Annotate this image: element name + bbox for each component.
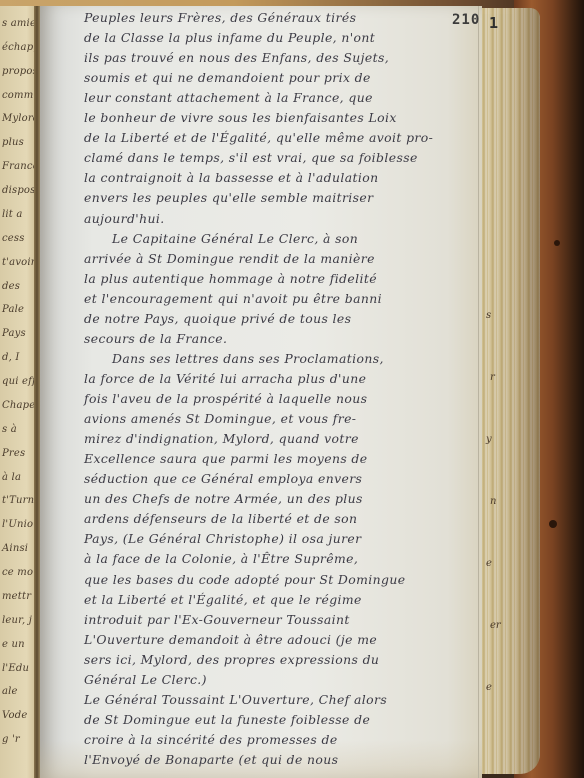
manuscript-line: croire à la sincérité des promesses de	[84, 732, 338, 747]
manuscript-line: introduit par l'Ex-Gouverneur Toussaint	[84, 612, 350, 627]
manuscript-line: à la face de la Colonie, à l'Être Suprêm…	[84, 551, 358, 566]
binding-wear-spot	[554, 240, 560, 246]
manuscript-line: et la Liberté et l'Égalité, et que le ré…	[84, 592, 362, 607]
manuscript-line: aujourd'hui.	[84, 211, 165, 226]
left-facing-page: s amieéchappproposcommMylord,plusFranced…	[0, 6, 38, 778]
manuscript-line: leur constant attachement à la France, q…	[84, 90, 373, 105]
manuscript-line: envers les peuples qu'elle semble maitri…	[84, 190, 373, 205]
manuscript-line: la contraignoit à la bassesse et à l'adu…	[84, 170, 379, 185]
manuscript-line: ardens défenseurs de la liberté et de so…	[84, 511, 357, 526]
left-page-text-fragment: d, I	[2, 352, 20, 363]
left-page-text-fragment: Pays	[2, 328, 26, 339]
edge-ink-mark: e	[486, 558, 492, 569]
edge-ink-mark: er	[490, 620, 501, 631]
manuscript-line: secours de la France.	[84, 331, 227, 346]
manuscript-line: de la Classe la plus infame du Peuple, n…	[84, 30, 375, 45]
binding-wear-spot	[549, 520, 557, 528]
left-page-text-fragment: à la	[2, 472, 21, 483]
manuscript-line: Excellence saura que parmi les moyens de	[84, 451, 367, 466]
edge-ink-mark: r	[490, 372, 495, 383]
manuscript-line: fois l'aveu de la prospérité à laquelle …	[84, 391, 367, 406]
left-page-text-fragment: s à	[2, 424, 17, 435]
left-page-text-fragment: l'Edu	[2, 663, 29, 674]
manuscript-line: clamé dans le temps, s'il est vrai, que …	[84, 150, 418, 165]
photo-scene: s amieéchappproposcommMylord,plusFranced…	[0, 0, 584, 778]
manuscript-line: de la Liberté et de l'Égalité, qu'elle m…	[84, 130, 433, 145]
manuscript-line: et l'encouragement qui n'avoit pu être b…	[84, 291, 382, 306]
manuscript-line: de notre Pays, quoique privé de tous les	[84, 311, 351, 326]
folio-suffix: 1	[489, 14, 498, 32]
edge-ink-mark: n	[490, 496, 496, 507]
left-page-text-fragment: Pale	[2, 304, 24, 315]
left-page-text-fragment: e un	[2, 639, 25, 650]
manuscript-line: Le Général Toussaint L'Ouverture, Chef a…	[84, 692, 387, 707]
manuscript-line: Le Capitaine Général Le Clerc, à son	[112, 231, 358, 246]
edge-ink-mark: s	[486, 310, 491, 321]
manuscript-line: que les bases du code adopté pour St Dom…	[84, 572, 405, 587]
left-page-text-fragment: s amie	[2, 18, 36, 29]
manuscript-line: arrivée à St Domingue rendit de la maniè…	[84, 251, 375, 266]
left-page-text-fragment: comm	[2, 90, 33, 101]
left-page-text-fragment: lit a	[2, 209, 23, 220]
manuscript-line: la force de la Vérité lui arracha plus d…	[84, 371, 366, 386]
manuscript-line: séduction que ce Général employa envers	[84, 471, 362, 486]
left-page-text-fragment: des	[2, 281, 20, 292]
manuscript-line: Général Le Clerc.)	[84, 672, 207, 687]
manuscript-line: avions amenés St Domingue, et vous fre-	[84, 411, 356, 426]
manuscript-line: un des Chefs de notre Armée, un des plus	[84, 491, 363, 506]
manuscript-line: soumis et qui ne demandoient pour prix d…	[84, 70, 371, 85]
manuscript-line: L'Ouverture demandoit à être adouci (je …	[84, 632, 377, 647]
left-page-text-fragment: g 'r	[2, 734, 20, 745]
edge-ink-mark: y	[486, 434, 492, 445]
manuscript-line: l'Envoyé de Bonaparte (et qui de nous	[84, 752, 338, 767]
left-page-text-fragment: Vode	[2, 710, 27, 721]
left-page-text-fragment: leur, j	[2, 615, 32, 626]
manuscript-line: Peuples leurs Frères, des Généraux tirés	[84, 10, 356, 25]
manuscript-line: mirez d'indignation, Mylord, quand votre	[84, 431, 359, 446]
left-page-text-fragment: propos	[2, 66, 38, 77]
left-page-text-fragment: cess	[2, 233, 25, 244]
manuscript-line: le bonheur de vivre sous les bienfaisant…	[84, 110, 397, 125]
left-page-text-fragment: Ainsi	[2, 543, 28, 554]
manuscript-line: Dans ses lettres dans ses Proclamations,	[112, 351, 384, 366]
left-page-text-fragment: plus	[2, 137, 24, 148]
edge-ink-mark: e	[486, 682, 492, 693]
folio-number: 210	[452, 12, 480, 28]
manuscript-line: sers ici, Mylord, des propres expression…	[84, 652, 379, 667]
left-page-text-fragment: ale	[2, 686, 18, 697]
manuscript-line: ils pas trouvé en nous des Enfans, des S…	[84, 50, 389, 65]
margin-rule	[478, 6, 479, 778]
left-page-text-fragment: Pres	[2, 448, 25, 459]
left-page-text-fragment: t'avoir	[2, 257, 36, 268]
manuscript-line: Pays, (Le Général Christophe) il osa jur…	[84, 531, 361, 546]
manuscript-line: de St Domingue eut la funeste foiblesse …	[84, 712, 370, 727]
manuscript-line: la plus autentique hommage à notre fidel…	[84, 271, 377, 286]
left-page-text-fragment: mettr	[2, 591, 31, 602]
